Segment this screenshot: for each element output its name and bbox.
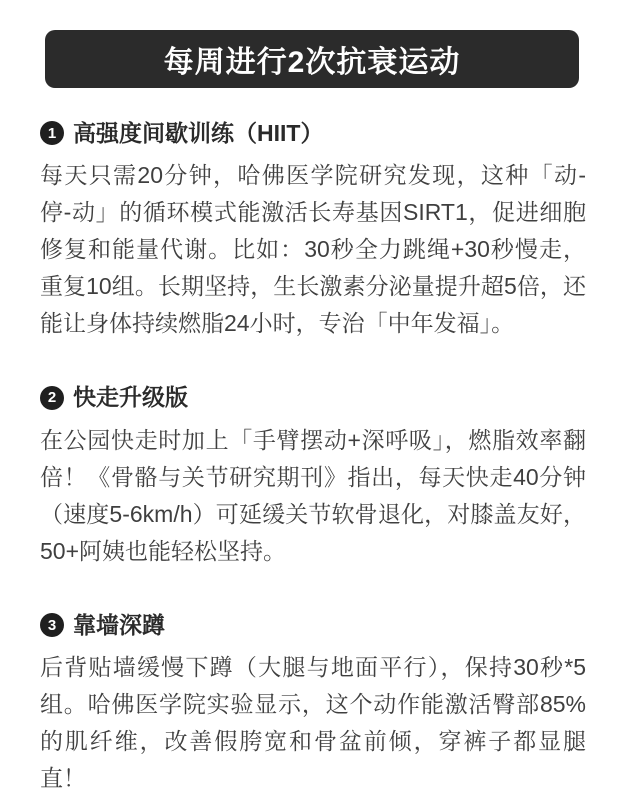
section-heading-row: 2 快走升级版 xyxy=(40,384,586,410)
section-brisk-walk: 2 快走升级版 在公园快走时加上「手臂摆动+深呼吸」，燃脂效率翻倍！《骨骼与关节… xyxy=(40,384,586,569)
section-title: 快走升级版 xyxy=(73,384,188,410)
poster-page: 每周进行2次抗衰运动 1 高强度间歇训练（HIIT） 每天只需20分钟，哈佛医学… xyxy=(0,0,624,800)
badge-number: 2 xyxy=(48,389,56,406)
section-body-text: 每天只需20分钟，哈佛医学院研究发现，这种「动-停-动」的循环模式能激活长寿基因… xyxy=(40,157,586,342)
section-heading-row: 1 高强度间歇训练（HIIT） xyxy=(40,120,586,146)
number-badge-icon: 3 xyxy=(40,613,64,637)
title-banner: 每周进行2次抗衰运动 xyxy=(45,30,579,88)
section-heading-row: 3 靠墙深蹲 xyxy=(40,612,586,638)
page-title: 每周进行2次抗衰运动 xyxy=(164,37,461,81)
content-area: 1 高强度间歇训练（HIIT） 每天只需20分钟，哈佛医学院研究发现，这种「动-… xyxy=(0,88,624,797)
section-body-text: 后背贴墙缓慢下蹲（大腿与地面平行），保持30秒*5组。哈佛医学院实验显示，这个动… xyxy=(40,649,586,797)
section-hiit: 1 高强度间歇训练（HIIT） 每天只需20分钟，哈佛医学院研究发现，这种「动-… xyxy=(40,120,586,342)
badge-number: 1 xyxy=(48,125,56,142)
section-title: 高强度间歇训练（HIIT） xyxy=(73,120,323,146)
number-badge-icon: 1 xyxy=(40,121,64,145)
badge-number: 3 xyxy=(48,617,56,634)
section-title: 靠墙深蹲 xyxy=(73,612,165,638)
number-badge-icon: 2 xyxy=(40,386,64,410)
section-wall-squat: 3 靠墙深蹲 后背贴墙缓慢下蹲（大腿与地面平行），保持30秒*5组。哈佛医学院实… xyxy=(40,612,586,797)
section-body-text: 在公园快走时加上「手臂摆动+深呼吸」，燃脂效率翻倍！《骨骼与关节研究期刊》指出，… xyxy=(40,422,586,570)
